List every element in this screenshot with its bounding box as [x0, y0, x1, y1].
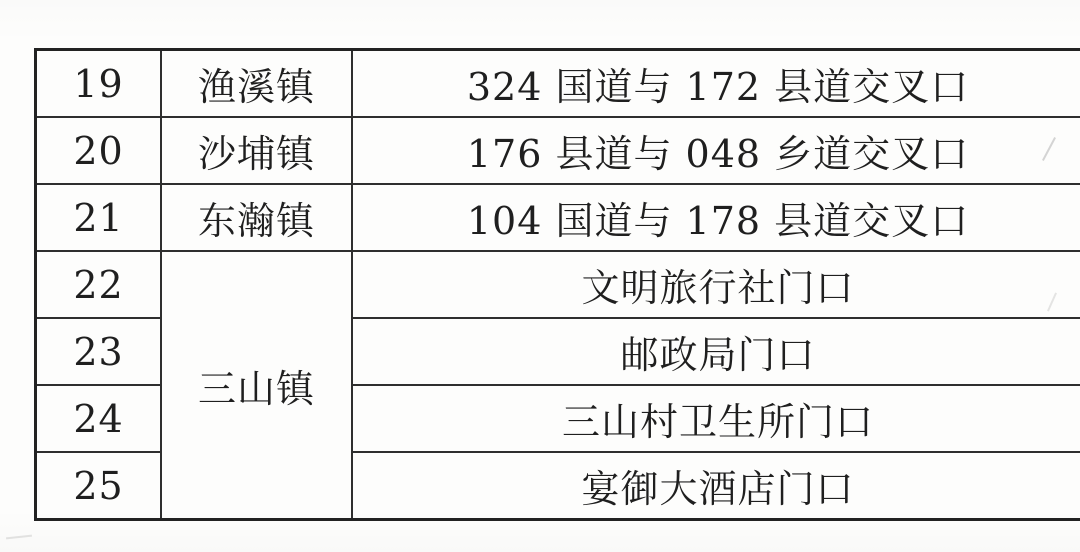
- cell-location: 324 国道与 172 县道交叉口: [352, 50, 1080, 118]
- cell-row-number: 21: [36, 184, 162, 251]
- table-row: 19 渔溪镇 324 国道与 172 县道交叉口: [36, 50, 1080, 118]
- cell-location: 104 国道与 178 县道交叉口: [352, 184, 1080, 251]
- table-row: 20 沙埔镇 176 县道与 048 乡道交叉口: [36, 117, 1080, 184]
- cell-row-number: 25: [36, 452, 162, 520]
- scan-artifact: [6, 535, 32, 540]
- cell-town-name: 渔溪镇: [161, 50, 352, 118]
- cell-location: 邮政局门口: [352, 318, 1080, 385]
- cell-location: 文明旅行社门口: [352, 251, 1080, 318]
- location-table: 19 渔溪镇 324 国道与 172 县道交叉口 20 沙埔镇 176 县道与 …: [34, 48, 1080, 521]
- cell-row-number: 22: [36, 251, 162, 318]
- cell-location: 三山村卫生所门口: [352, 385, 1080, 452]
- cell-row-number: 20: [36, 117, 162, 184]
- cell-row-number: 24: [36, 385, 162, 452]
- cell-location: 176 县道与 048 乡道交叉口: [352, 117, 1080, 184]
- scanned-page-background: 19 渔溪镇 324 国道与 172 县道交叉口 20 沙埔镇 176 县道与 …: [0, 0, 1080, 552]
- cell-row-number: 19: [36, 50, 162, 118]
- cell-location: 宴御大酒店门口: [352, 452, 1080, 520]
- cell-town-name: 沙埔镇: [161, 117, 352, 184]
- table-row: 22 三山镇 文明旅行社门口: [36, 251, 1080, 318]
- cell-town-name: 东瀚镇: [161, 184, 352, 251]
- cell-town-name-merged: 三山镇: [161, 251, 352, 520]
- cell-row-number: 23: [36, 318, 162, 385]
- table-row: 21 东瀚镇 104 国道与 178 县道交叉口: [36, 184, 1080, 251]
